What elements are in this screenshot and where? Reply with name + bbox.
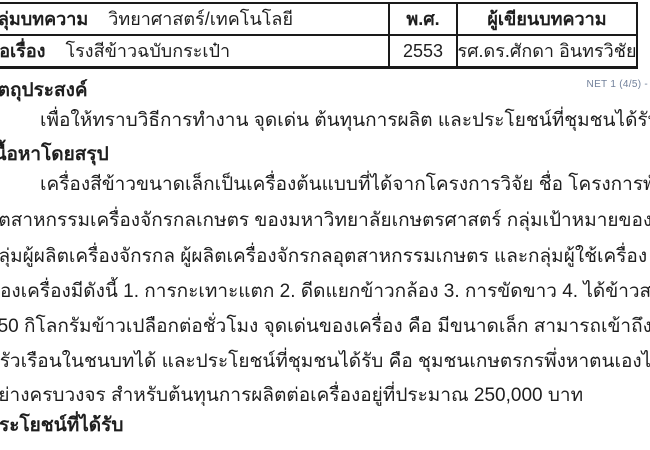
article-group-label: กลุ่มบทความ [0, 8, 88, 30]
year-header-cell: พ.ศ. [388, 4, 456, 34]
summary-line: อย่างครบวงจร สำหรับต้นทุนการผลิตต่อเครื่… [0, 381, 583, 411]
table-row-group: กลุ่มบทความ วิทยาศาสตร์/เทคโนโลยี [0, 4, 388, 34]
article-group-value: วิทยาศาสตร์/เทคโนโลยี [108, 8, 293, 30]
year-value-cell: 2553 [388, 34, 456, 66]
table-row-title: ชื่อเรื่อง โรงสีข้าวฉบับกระเป๋า [0, 34, 388, 66]
summary-line: กลุ่มผู้ผลิตเครื่องจักรกล ผู้ผลิตเครื่อง… [0, 242, 650, 272]
summary-line: ครัวเรือนในชนบทได้ และประโยชน์ที่ชุมชนได… [0, 347, 650, 377]
author-value-cell: รศ.ดร.ศักดา อินทรวิชัย [456, 34, 636, 66]
article-title-label: ชื่อเรื่อง [0, 40, 45, 62]
author-header-cell: ผู้เขียนบทความ [456, 4, 636, 34]
objective-heading: วัตถุประสงค์ [0, 76, 88, 106]
summary-line: เครื่องสีข้าวขนาดเล็กเป็นเครื่องต้นแบบที… [40, 170, 650, 200]
summary-line: อุตสาหกรรมเครื่องจักรกลเกษตร ของมหาวิทยา… [0, 206, 650, 236]
article-title-value: โรงสีข้าวฉบับกระเป๋า [65, 40, 230, 62]
objective-text: เพื่อให้ทราบวิธีการทำงาน จุดเด่น ต้นทุนก… [40, 106, 650, 136]
document-page: กลุ่มบทความ วิทยาศาสตร์/เทคโนโลยี พ.ศ. ผ… [0, 0, 650, 450]
article-header-table: กลุ่มบทความ วิทยาศาสตร์/เทคโนโลยี พ.ศ. ผ… [0, 2, 638, 69]
page-code-watermark: NET 1 (4/5) - 5 [587, 79, 650, 90]
summary-line: ของเครื่องมีดังนี้ 1. การกะเทาะแตก 2. ดี… [0, 277, 650, 307]
summary-line: 150 กิโลกรัมข้าวเปลือกต่อชั่วโมง จุดเด่น… [0, 312, 650, 342]
summary-heading: เนื้อหาโดยสรุป [0, 140, 109, 170]
benefits-heading: ประโยชน์ที่ได้รับ [0, 411, 123, 441]
